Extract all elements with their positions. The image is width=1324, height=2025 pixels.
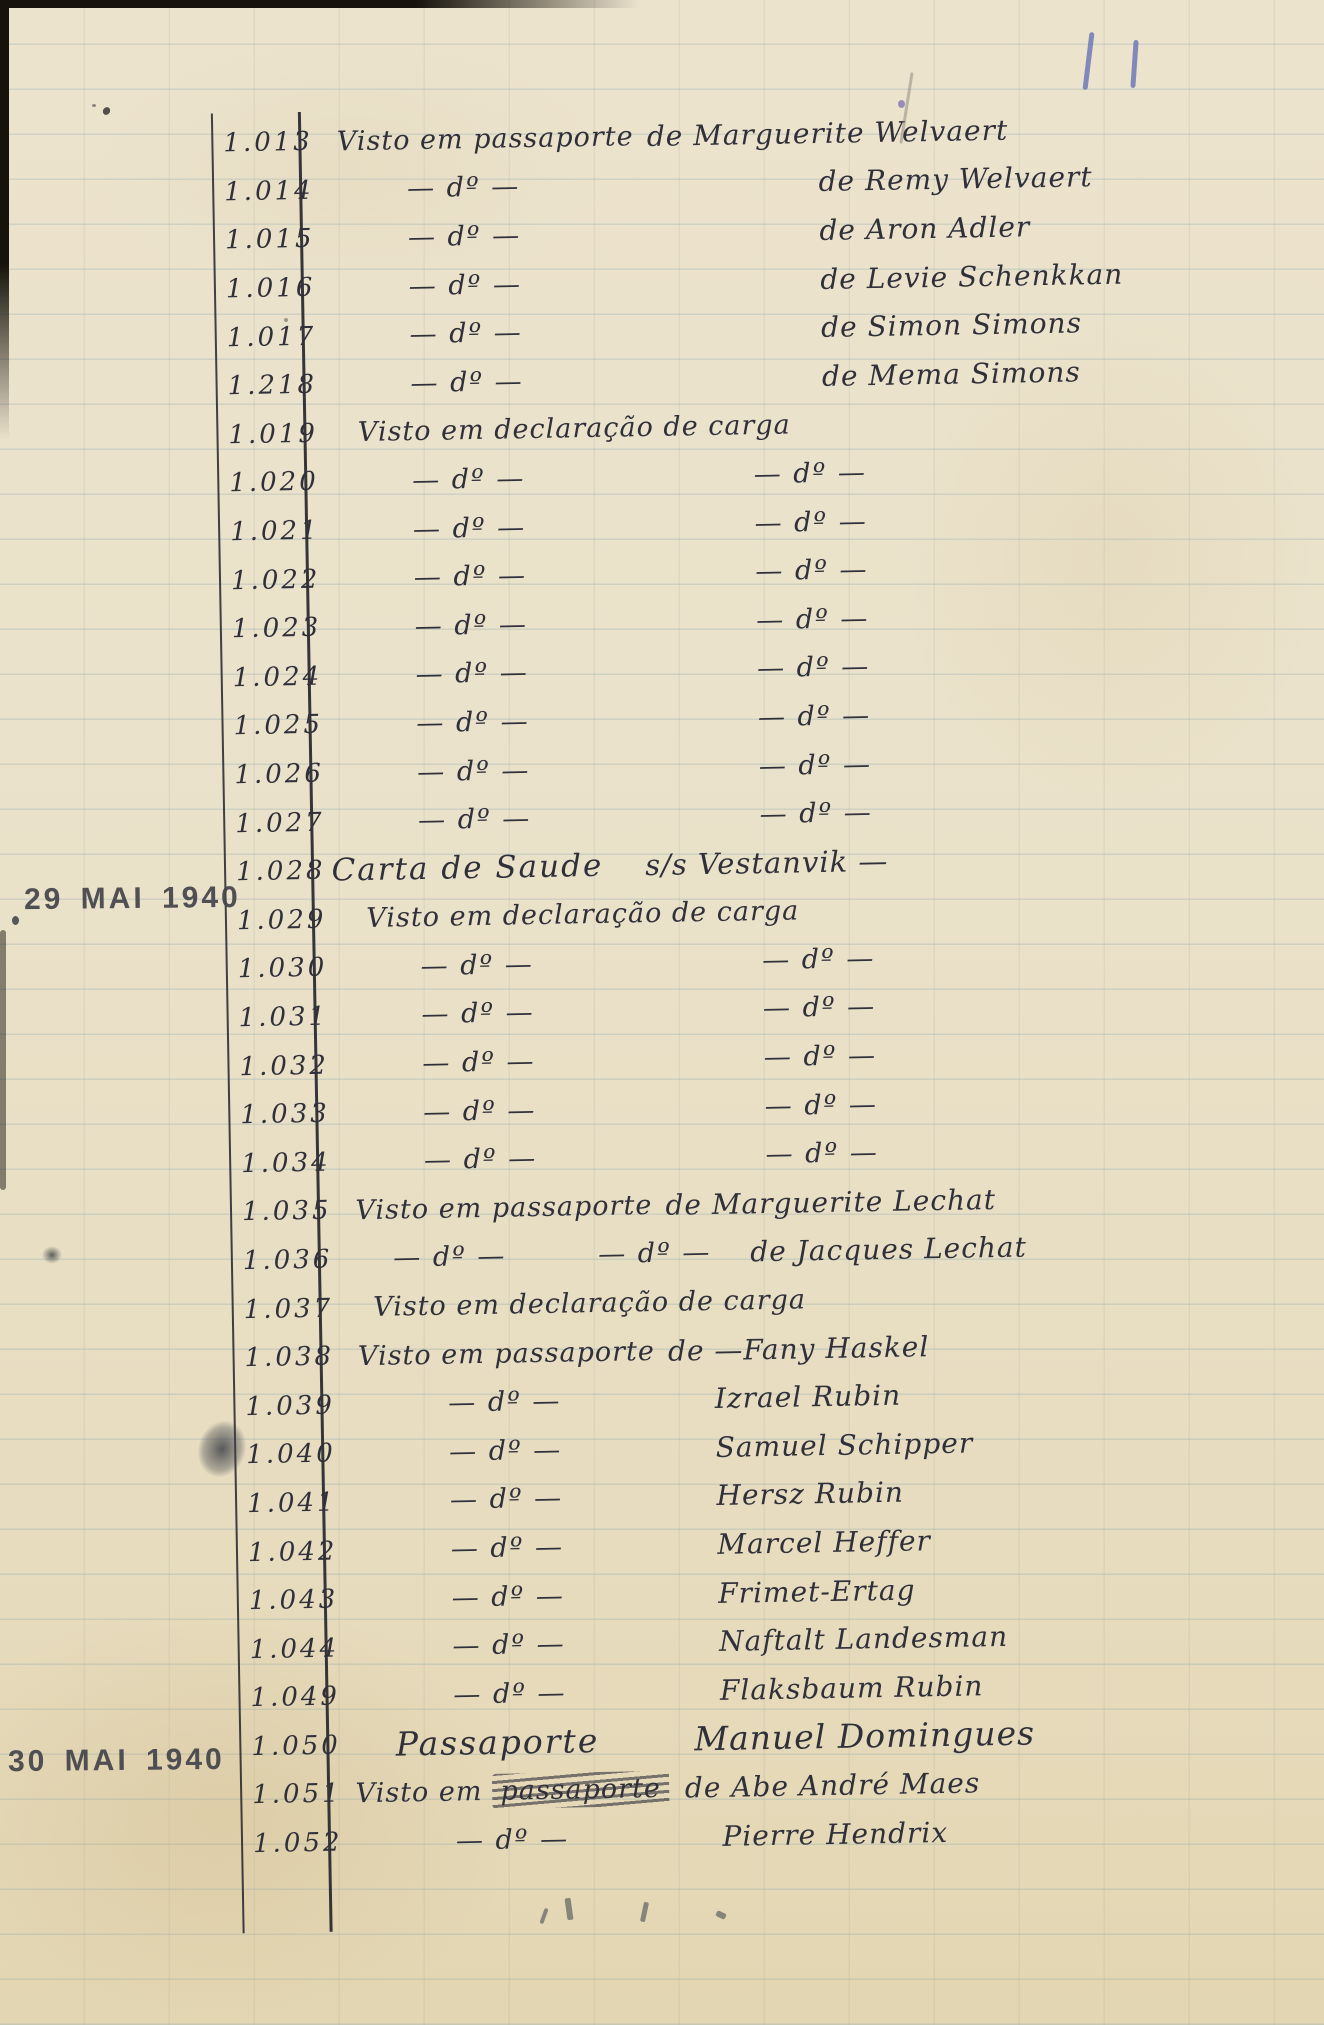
entry-name: Flaksbaum Rubin <box>680 1669 984 1707</box>
entry-name: de Levie Schenkkan <box>615 257 1123 299</box>
entry-action: Visto em declaração de carga <box>333 1284 806 1323</box>
entry-name: Hersz Rubin <box>676 1476 904 1513</box>
entry-number: 1.033 <box>228 1099 330 1131</box>
entry-name: de Remy Welvaert <box>613 161 1093 202</box>
entry-number: 1.052 <box>241 1828 343 1860</box>
ditto-mark: — dº — <box>322 656 622 692</box>
entry-name: de —Fany Haskel <box>658 1330 930 1368</box>
ditto-mark: — dº — <box>323 704 623 740</box>
ditto-mark: — dº — <box>623 700 872 735</box>
entry-number: 1.024 <box>220 662 322 694</box>
entry-action: Visto em passaporte <box>334 1336 658 1373</box>
ditto-mark: — dº — <box>335 1432 675 1469</box>
entry-number: 1.034 <box>229 1147 331 1179</box>
ditto-mark: — dº — <box>316 316 616 352</box>
entry-number: 1.016 <box>214 273 316 305</box>
paper-speck <box>284 318 288 322</box>
entry-action: Visto em declaração de carga <box>318 410 791 449</box>
entry-number: 1.027 <box>223 807 325 839</box>
ditto-mark: — dº — <box>624 749 873 784</box>
ditto-mark: — dº — <box>324 753 624 789</box>
ditto-mark: — dº — <box>327 947 627 983</box>
ditto-mark: — dº — <box>319 510 619 546</box>
entry-name: de Mema Simons <box>617 355 1081 396</box>
scribbled-word: passaporte <box>492 1771 669 1809</box>
ditto-mark: — dº — <box>324 802 624 838</box>
ditto-mark: — dº — <box>342 1821 682 1858</box>
entry-number: 1.218 <box>215 370 317 402</box>
ditto-mark: — dº — <box>630 1137 879 1172</box>
entry-number: 1.044 <box>237 1633 339 1665</box>
entry-action: Carta de Saude <box>325 848 603 889</box>
ditto-mark: — dº — <box>629 1040 878 1075</box>
entry-number: 1.039 <box>233 1390 335 1422</box>
ditto-mark: — dº — <box>627 943 876 978</box>
ditto-mark: — dº — <box>618 457 867 492</box>
scan-edge-left <box>0 930 6 1190</box>
entry-name: Samuel Schipper <box>675 1426 973 1464</box>
ditto-mark: — dº — <box>337 1530 677 1567</box>
ditto-mark: — dº — <box>329 1044 629 1080</box>
entry-number: 1.020 <box>217 467 319 499</box>
ditto-mark: — dº — <box>317 364 617 400</box>
entry-number: 1.042 <box>236 1536 338 1568</box>
entry-number: 1.017 <box>215 321 317 353</box>
ditto-mark: — dº — <box>318 461 618 497</box>
entry-number: 1.025 <box>221 710 323 742</box>
ditto-mark: — dº — <box>339 1627 679 1664</box>
ditto-mark: — dº — <box>335 1384 675 1421</box>
ditto-mark: — dº — <box>628 992 877 1027</box>
entry-number: 1.015 <box>213 224 315 256</box>
ditto-mark: — dº — <box>330 1142 630 1178</box>
entry-number: 1.019 <box>216 419 318 451</box>
entry-name: de Jacques Lechat <box>742 1231 1027 1269</box>
ditto-mark: — dº — <box>328 996 628 1032</box>
entry-number: 1.043 <box>237 1585 339 1617</box>
ditto-mark: — dº — <box>313 170 613 206</box>
paper-speck <box>92 104 96 107</box>
entry-number: 1.026 <box>222 759 324 791</box>
ditto-mark: — dº — <box>620 554 869 589</box>
ditto-mark: — dº — <box>330 1093 630 1129</box>
entry-name: de Simon Simons <box>616 307 1082 348</box>
entry-number: 1.040 <box>234 1439 336 1471</box>
entry-name: Izrael Rubin <box>675 1379 902 1416</box>
entry-number: 1.051 <box>240 1779 342 1811</box>
entry-number: 1.023 <box>220 613 322 645</box>
entry-name: Pierre Hendrix <box>682 1816 948 1854</box>
ditto-mark: — dº — <box>340 1675 680 1712</box>
ditto-mark: — dº — <box>314 219 614 255</box>
ditto-mark: — dº — <box>336 1481 676 1518</box>
entry-action: Passaporte <box>340 1721 599 1765</box>
entry-action: Visto em <box>341 1776 482 1809</box>
ditto-mark: — dº — <box>332 1240 568 1275</box>
entry-number: 1.032 <box>227 1050 329 1082</box>
ditto-mark: — dº — <box>629 1089 878 1124</box>
entry-action: Visto em passaporte <box>313 121 637 158</box>
entry-number: 1.036 <box>231 1245 333 1277</box>
entry-number: 1.030 <box>226 953 328 985</box>
entry-name: de Aron Adler <box>614 210 1030 250</box>
entry-number: 1.022 <box>219 564 321 596</box>
ditto-mark: — dº — <box>315 267 615 303</box>
ditto-mark: — dº — <box>567 1237 743 1271</box>
entry-name: Marcel Heffer <box>677 1524 931 1561</box>
ditto-mark: — dº — <box>321 607 621 643</box>
entry-number: 1.041 <box>235 1487 337 1519</box>
entry-number: 1.031 <box>226 1002 328 1034</box>
ledger-page: 1.013 Visto em passaporte de Marguerite … <box>0 0 1324 2025</box>
date-stamp-29-mai-1940: 29 MAI 1940 <box>24 881 241 917</box>
entry-name: Frimet-Ertag <box>678 1573 916 1610</box>
entry-number: 1.014 <box>212 176 314 208</box>
stamp-ink-dot <box>12 916 19 925</box>
entry-name: Naftalt Landesman <box>679 1620 1009 1659</box>
ditto-mark: — dº — <box>338 1578 678 1615</box>
entry-number: 1.050 <box>239 1730 341 1762</box>
register-entries: 1.013 Visto em passaporte de Marguerite … <box>211 100 1324 1868</box>
entry-name: s/s Vestanvik — <box>603 844 889 883</box>
ditto-mark: — dº — <box>619 506 868 541</box>
entry-name: de Marguerite Welvaert <box>636 113 1008 152</box>
entry-number: 1.038 <box>232 1342 334 1374</box>
entry-action: Visto em declaração de carga <box>326 896 799 935</box>
date-stamp-30-mai-1940: 30 MAI 1940 <box>8 1743 225 1779</box>
entry-number: 1.035 <box>230 1196 332 1228</box>
entry-number: 1.049 <box>238 1682 340 1714</box>
ditto-mark: — dº — <box>624 797 873 832</box>
entry-number: 1.021 <box>218 516 320 548</box>
blue-ink-dot <box>898 100 905 108</box>
entry-name: de Marguerite Lechat <box>655 1183 996 1222</box>
entry-number: 1.013 <box>211 127 313 159</box>
ditto-mark: — dº — <box>320 559 620 595</box>
entry-number: 1.037 <box>231 1293 333 1325</box>
ditto-mark: — dº — <box>621 603 870 638</box>
ink-dot <box>42 1246 62 1264</box>
entry-action: Visto em passaporte <box>331 1190 655 1227</box>
entry-name: Manuel Domingues <box>599 1714 1035 1761</box>
register-ledger: 1.013 Visto em passaporte de Marguerite … <box>0 0 1324 2025</box>
entry-name: de Abe André Maes <box>679 1766 981 1804</box>
ditto-mark: — dº — <box>622 651 871 686</box>
